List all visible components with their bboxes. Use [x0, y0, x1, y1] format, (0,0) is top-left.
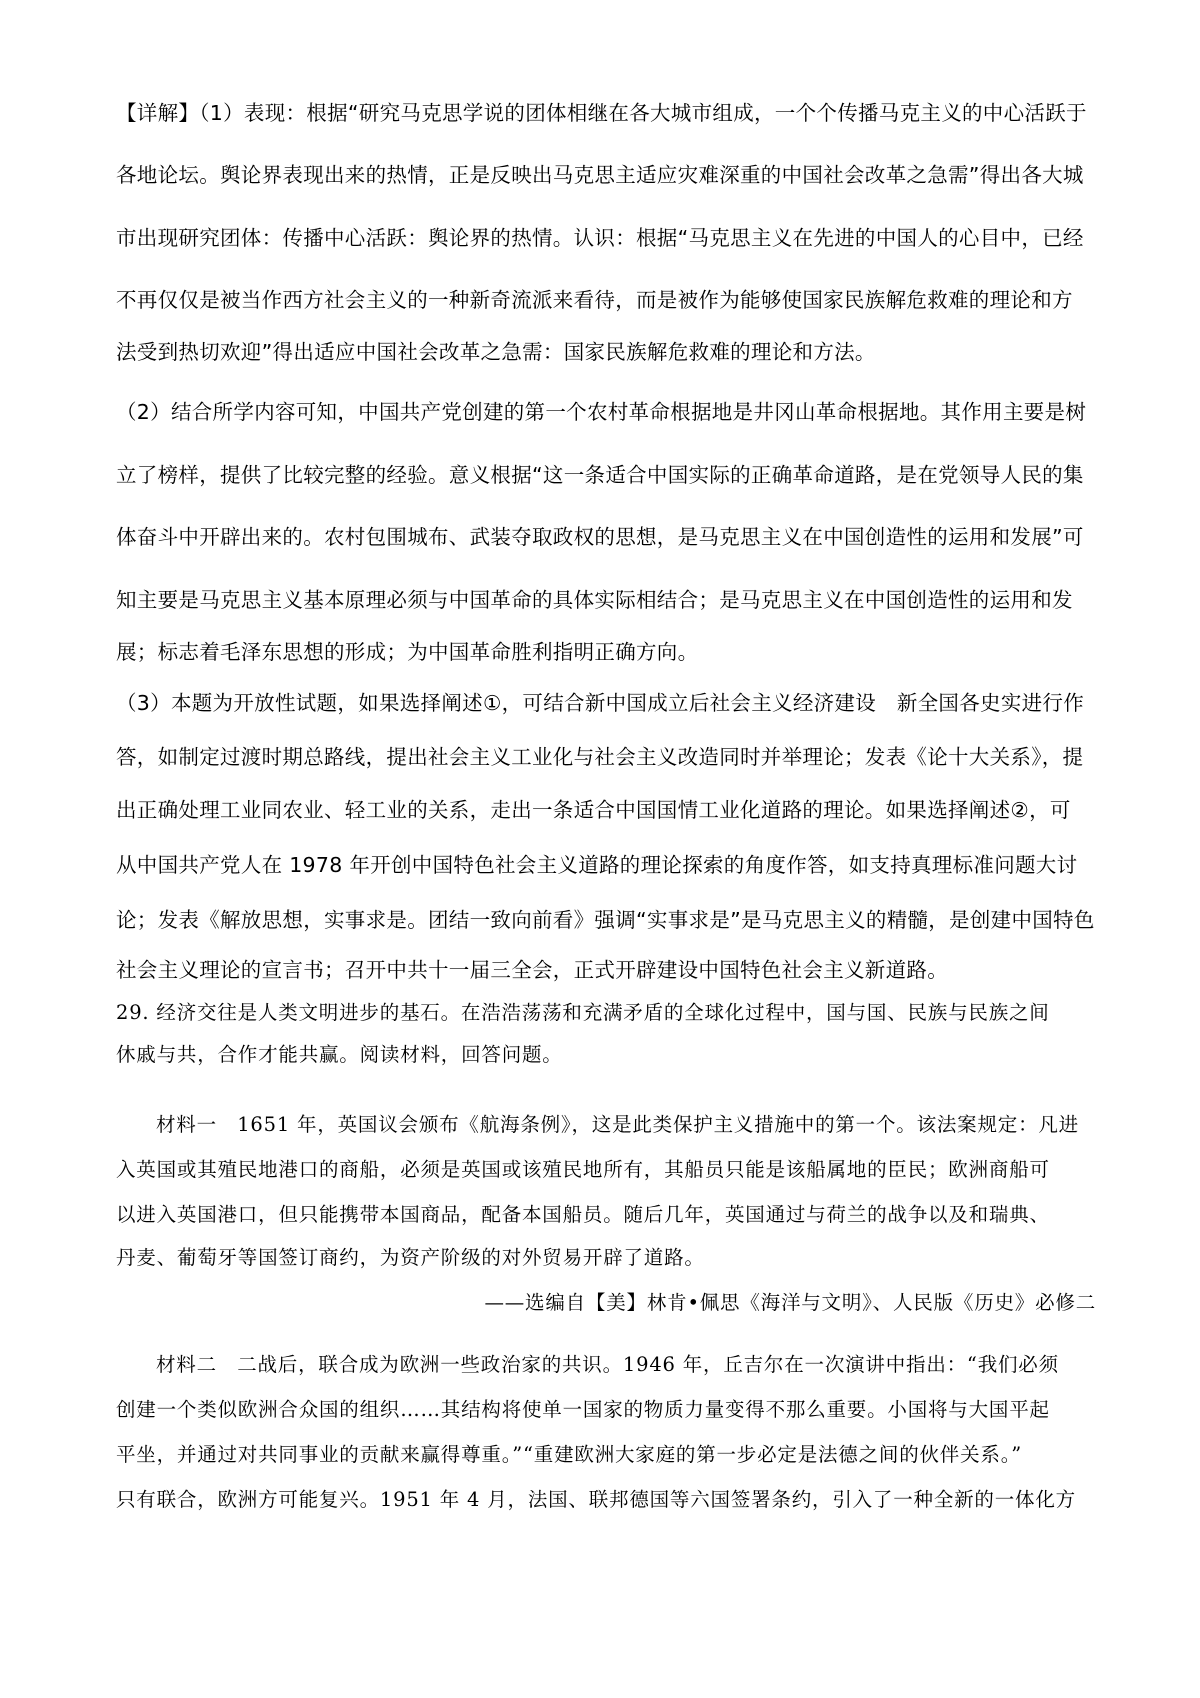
explanation-part1-line: 各地论坛。舆论界表现出来的热情，正是反映出马克思主适应灾难深重的中国社会改革之急… [116, 163, 1096, 187]
material-1-line: 丹麦、葡萄牙等国签订商约，为资产阶级的对外贸易开辟了道路。 [116, 1246, 1096, 1270]
explanation-part1-line: 市出现研究团体：传播中心活跃：舆论界的热情。认识：根据“马克思主义在先进的中国人… [116, 226, 1096, 250]
material-2-line: 材料二 二战后，联合成为欧洲一些政治家的共识。1946 年，丘吉尔在一次演讲中指… [156, 1353, 1136, 1377]
explanation-part2-line: （2）结合所学内容可知，中国共产党创建的第一个农村革命根据地是井冈山革命根据地。… [116, 400, 1096, 424]
material-1-source: ——选编自【美】林肯•佩思《海洋与文明》、人民版《历史》必修二 [484, 1291, 1096, 1315]
explanation-part2-line: 立了榜样，提供了比较完整的经验。意义根据“这一条适合中国实际的正确革命道路，是在… [116, 463, 1096, 487]
explanation-part1-line: 不再仅仅是被当作西方社会主义的一种新奇流派来看待，而是被作为能够使国家民族解危救… [116, 288, 1096, 312]
explanation-part3-line: （3）本题为开放性试题，如果选择阐述①，可结合新中国成立后社会主义经济建设 新全… [116, 691, 1096, 715]
material-2-line: 平坐，并通过对共同事业的贡献来赢得尊重。”“重建欧洲大家庭的第一步必定是法德之间… [116, 1443, 1096, 1467]
explanation-part3-line: 从中国共产党人在 1978 年开创中国特色社会主义道路的理论探索的角度作答，如支… [116, 853, 1096, 877]
material-1-line: 以进入英国港口，但只能携带本国商品，配备本国船员。随后几年，英国通过与荷兰的战争… [116, 1203, 1096, 1227]
material-2-line: 创建一个类似欧洲合众国的组织……其结构将使单一国家的物质力量变得不那么重要。小国… [116, 1398, 1096, 1422]
explanation-part3-line: 出正确处理工业同农业、轻工业的关系，走出一条适合中国国情工业化道路的理论。如果选… [116, 798, 1096, 822]
explanation-part1-line: 法受到热切欢迎”得出适应中国社会改革之急需：国家民族解危救难的理论和方法。 [116, 340, 1096, 364]
explanation-part3-line: 社会主义理论的宣言书；召开中共十一届三全会，正式开辟建设中国特色社会主义新道路。 [116, 958, 1096, 982]
explanation-part2-line: 展；标志着毛泽东思想的形成；为中国革命胜利指明正确方向。 [116, 640, 1096, 664]
explanation-part3-line: 答，如制定过渡时期总路线，提出社会主义工业化与社会主义改造同时并举理论；发表《论… [116, 745, 1096, 769]
material-2-line: 只有联合，欧洲方可能复兴。1951 年 4 月，法国、联邦德国等六国签署条约，引… [116, 1488, 1096, 1512]
explanation-part2-line: 知主要是马克思主义基本原理必须与中国革命的具体实际相结合；是马克思主义在中国创造… [116, 588, 1096, 612]
material-1-line: 材料一 1651 年，英国议会颁布《航海条例》，这是此类保护主义措施中的第一个。… [156, 1113, 1136, 1137]
explanation-part1-line: 【详解】（1）表现：根据“研究马克思学说的团体相继在各大城市组成，一个个传播马克… [116, 101, 1096, 125]
material-1-line: 入英国或其殖民地港口的商船，必须是英国或该殖民地所有，其船员只能是该船属地的臣民… [116, 1158, 1096, 1182]
question-29-stem-line: 休戚与共，合作才能共赢。阅读材料，回答问题。 [116, 1043, 1096, 1067]
explanation-part2-line: 体奋斗中开辟出来的。农村包围城布、武装夺取政权的思想，是马克思主义在中国创造性的… [116, 525, 1096, 549]
question-29-stem-line: 29. 经济交往是人类文明进步的基石。在浩浩荡荡和充满矛盾的全球化过程中，国与国… [116, 1001, 1096, 1025]
explanation-part3-line: 论；发表《解放思想，实事求是。团结一致向前看》强调“实事求是”是马克思主义的精髓… [116, 908, 1096, 932]
